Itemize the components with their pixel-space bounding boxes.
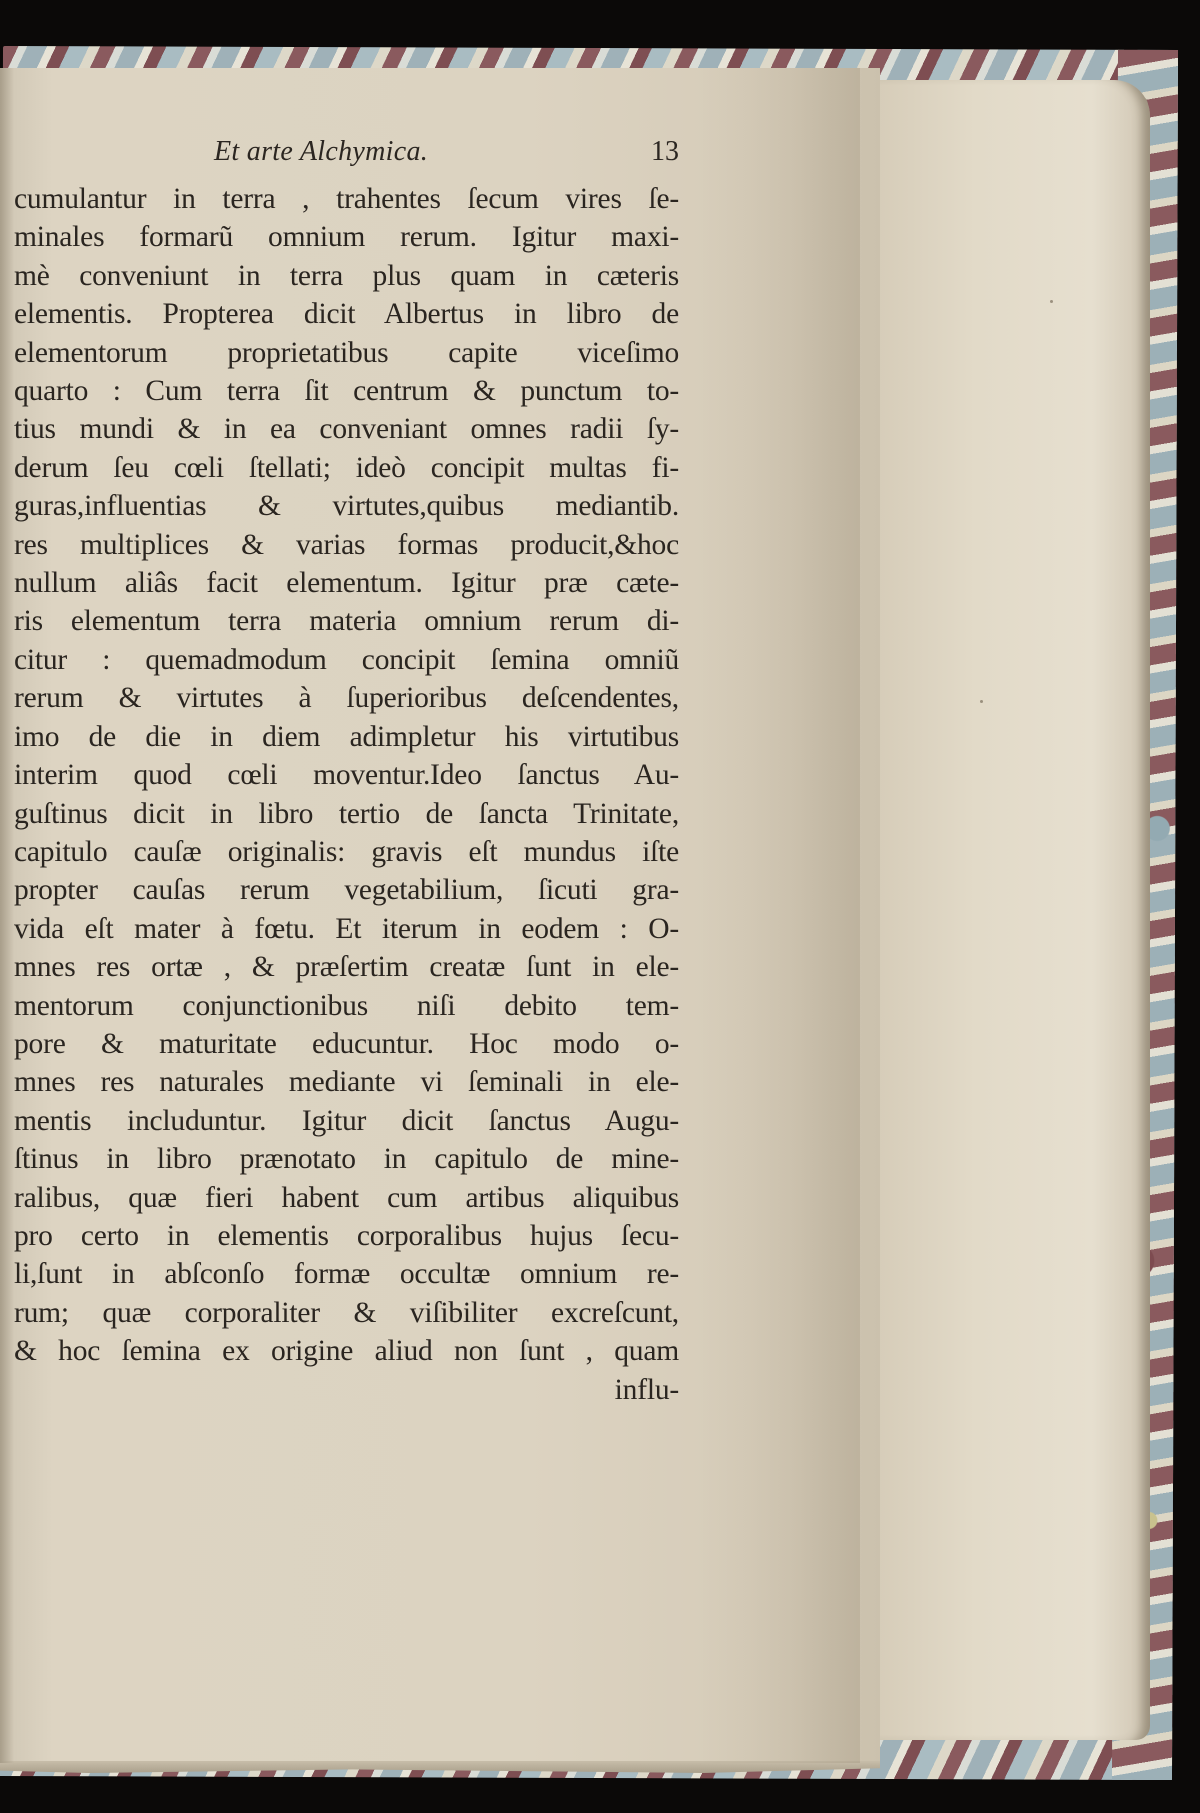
text-line: mè conveniunt in terra plus quam in cæte… (14, 257, 679, 295)
paper-speck (980, 700, 983, 703)
text-line: nullum aliâs facit elementum. Igitur præ… (14, 564, 679, 602)
text-line: & hoc ſemina ex origine aliud non ſunt ,… (14, 1332, 679, 1370)
paper-speck (1050, 300, 1053, 303)
text-line: vida eſt mater à fœtu. Et iterum in eode… (14, 910, 679, 948)
text-line: guſtinus dicit in libro tertio de ſancta… (14, 795, 679, 833)
text-line: mnes res ortæ , & præſertim creatæ ſunt … (14, 948, 679, 986)
running-head: Et arte Alchymica. 13 (14, 136, 679, 180)
text-line: ralibus, quæ fieri habent cum artibus al… (14, 1179, 679, 1217)
text-line: elementis. Propterea dicit Albertus in l… (14, 295, 679, 333)
text-line: pore & maturitate educuntur. Hoc modo o- (14, 1025, 679, 1063)
body-text: cumulantur in terra , trahentes ſecum vi… (14, 180, 679, 1409)
text-line: citur : quemadmodum concipit ſemina omni… (14, 641, 679, 679)
text-line: li,ſunt in abſconſo formæ occultæ omnium… (14, 1255, 679, 1293)
running-title: Et arte Alchymica. (214, 136, 428, 168)
text-line: rum; quæ corporaliter & viſibiliter excr… (14, 1294, 679, 1332)
text-line: interim quod cœli moventur.Ideo ſanctus … (14, 756, 679, 794)
text-line: imo de die in diem adimpletur his virtut… (14, 718, 679, 756)
blank-flyleaf (860, 80, 1150, 1740)
text-line: minales formarũ omnium rerum. Igitur max… (14, 218, 679, 256)
text-line: ris elementum terra materia omnium rerum… (14, 602, 679, 640)
catchword: influ- (14, 1371, 679, 1409)
page-fold-shadow (700, 68, 860, 1763)
gutter-shadow (0, 68, 14, 1763)
text-line: rerum & virtutes à ſuperioribus deſcende… (14, 679, 679, 717)
text-line: tius mundi & in ea conveniant omnes radi… (14, 410, 679, 448)
text-line: propter cauſas rerum vegetabilium, ſicut… (14, 871, 679, 909)
text-line: cumulantur in terra , trahentes ſecum vi… (14, 180, 679, 218)
text-line: capitulo cauſæ originalis: gravis eſt mu… (14, 833, 679, 871)
text-line: pro certo in elementis corporalibus huju… (14, 1217, 679, 1255)
text-line: quarto : Cum terra ſit centrum & punctum… (14, 372, 679, 410)
text-block: Et arte Alchymica. 13 cumulantur in terr… (14, 136, 679, 1409)
text-line: res multiplices & varias formas producit… (14, 526, 679, 564)
text-line: ſtinus in libro prænotato in capitulo de… (14, 1140, 679, 1178)
text-line: mnes res naturales mediante vi ſeminali … (14, 1063, 679, 1101)
paper-speck (1010, 1750, 1013, 1753)
text-line: mentorum conjunctionibus niſi debito tem… (14, 987, 679, 1025)
text-line: derum ſeu cœli ſtellati; ideò concipit m… (14, 449, 679, 487)
text-line: mentis includuntur. Igitur dicit ſanctus… (14, 1102, 679, 1140)
text-line: elementorum proprietatibus capite viceſi… (14, 334, 679, 372)
page-number: 13 (651, 136, 679, 168)
text-line: guras,influentias & virtutes,quibus medi… (14, 487, 679, 525)
